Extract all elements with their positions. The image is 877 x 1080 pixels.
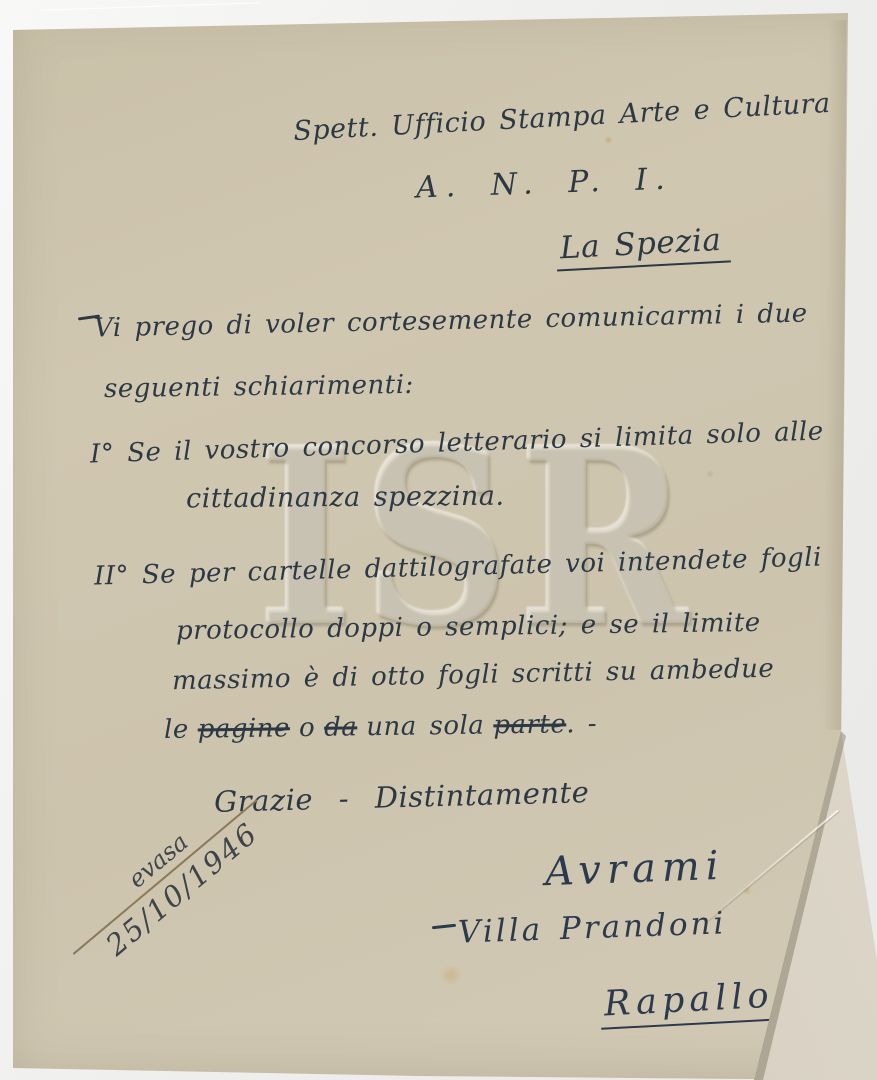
signature-city: Rapallo xyxy=(599,975,783,1029)
paper-edge-shadow xyxy=(824,20,847,730)
strikethrough-word: da xyxy=(324,712,358,742)
strikethrough-word: parte xyxy=(493,709,566,740)
scanned-letter: ISR Spett. Ufficio Stampa Arte e Cultura… xyxy=(0,0,877,1080)
body-line: cittadinanza spezzina. xyxy=(186,481,505,515)
body-line: seguenti schiarimenti: xyxy=(104,370,414,404)
paper-stain xyxy=(706,470,714,478)
body-line: lepagineodauna solaparte. - xyxy=(164,709,597,745)
word: una sola xyxy=(366,711,484,743)
word: . - xyxy=(566,709,597,739)
paper-stain xyxy=(438,966,464,984)
word: o xyxy=(299,713,316,743)
strikethrough-word: pagine xyxy=(198,713,291,744)
scanner-scratch xyxy=(40,2,260,11)
signature-name: Avrami xyxy=(544,843,725,895)
paper-stain xyxy=(604,136,613,144)
word: le xyxy=(164,715,189,745)
